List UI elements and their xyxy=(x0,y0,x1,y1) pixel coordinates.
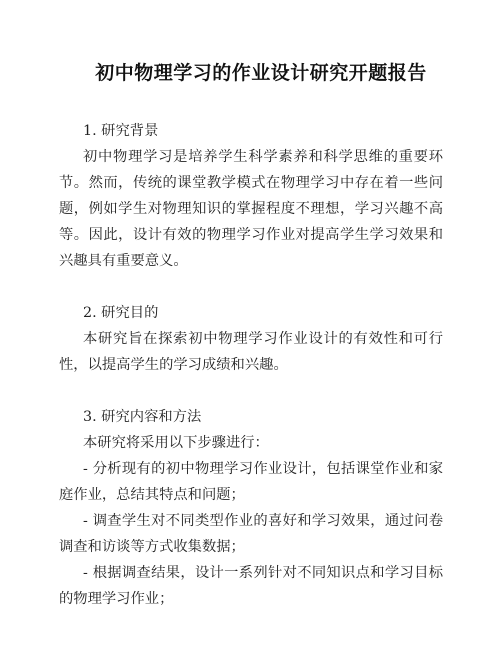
spacer xyxy=(59,274,443,300)
paragraph-background: 初中物理学习是培养学生科学素养和科学思维的重要环节。然而，传统的课堂教学模式在物… xyxy=(59,144,443,274)
document-body: 1. 研究背景 初中物理学习是培养学生科学素养和科学思维的重要环节。然而，传统的… xyxy=(59,118,443,612)
document-page: 初中物理学习的作业设计研究开题报告 1. 研究背景 初中物理学习是培养学生科学素… xyxy=(0,0,500,647)
list-item-analyze: - 分析现有的初中物理学习作业设计，包括课堂作业和家庭作业，总结其特点和问题； xyxy=(59,456,443,508)
section-heading-purpose: 2. 研究目的 xyxy=(59,300,443,326)
document-title: 初中物理学习的作业设计研究开题报告 xyxy=(0,58,500,85)
section-heading-methods: 3. 研究内容和方法 xyxy=(59,404,443,430)
spacer xyxy=(59,378,443,404)
section-heading-background: 1. 研究背景 xyxy=(59,118,443,144)
paragraph-methods-intro: 本研究将采用以下步骤进行： xyxy=(59,430,443,456)
list-item-survey: - 调查学生对不同类型作业的喜好和学习效果，通过问卷调查和访谈等方式收集数据； xyxy=(59,508,443,560)
list-item-design: - 根据调查结果，设计一系列针对不同知识点和学习目标的物理学习作业； xyxy=(59,560,443,612)
paragraph-purpose: 本研究旨在探索初中物理学习作业设计的有效性和可行性，以提高学生的学习成绩和兴趣。 xyxy=(59,326,443,378)
